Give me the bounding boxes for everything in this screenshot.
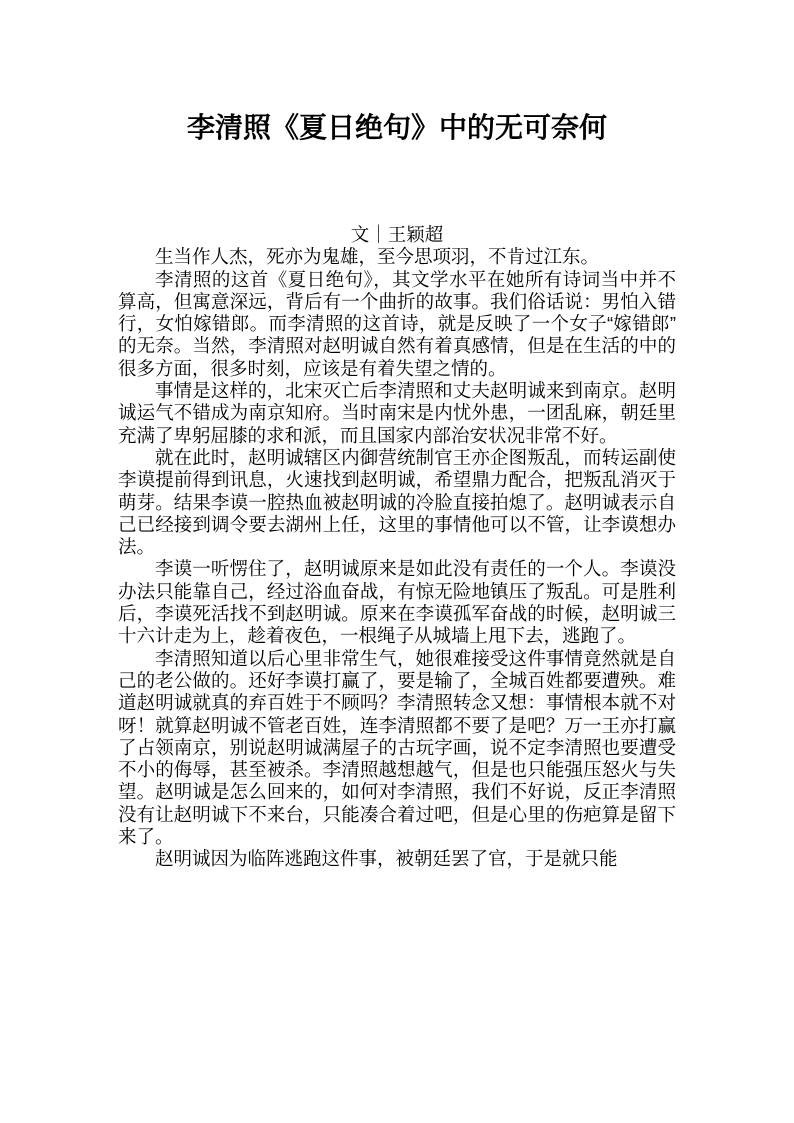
article-byline: 文｜王颖超 [118, 224, 676, 246]
paragraph-poem-line: 生当作人杰，死亦为鬼雄，至今思项羽，不肯过江东。 [118, 246, 676, 268]
paragraph: 李清照的这首《夏日绝句》，其文学水平在她所有诗词当中并不算高，但寓意深远，背后有… [118, 269, 676, 380]
paragraph: 就在此时，赵明诚辖区内御营统制官王亦企图叛乱，而转运副使李谟提前得到讯息，火速找… [118, 447, 676, 558]
article-title: 李清照《夏日绝句》中的无可奈何 [118, 108, 676, 148]
paragraph: 李清照知道以后心里非常生气，她很难接受这件事情竟然就是自己的老公做的。还好李谟打… [118, 648, 676, 849]
paragraph: 事情是这样的，北宋灭亡后李清照和丈夫赵明诚来到南京。赵明诚运气不错成为南京知府。… [118, 380, 676, 447]
article-body: 生当作人杰，死亦为鬼雄，至今思项羽，不肯过江东。 李清照的这首《夏日绝句》，其文… [118, 246, 676, 870]
paragraph-truncated: 赵明诚因为临阵逃跑这件事，被朝廷罢了官，于是就只能 [118, 848, 676, 870]
document-page: 李清照《夏日绝句》中的无可奈何 文｜王颖超 生当作人杰，死亦为鬼雄，至今思项羽，… [0, 0, 794, 1123]
paragraph: 李谟一听愣住了，赵明诚原来是如此没有责任的一个人。李谟没办法只能靠自己，经过浴血… [118, 558, 676, 647]
